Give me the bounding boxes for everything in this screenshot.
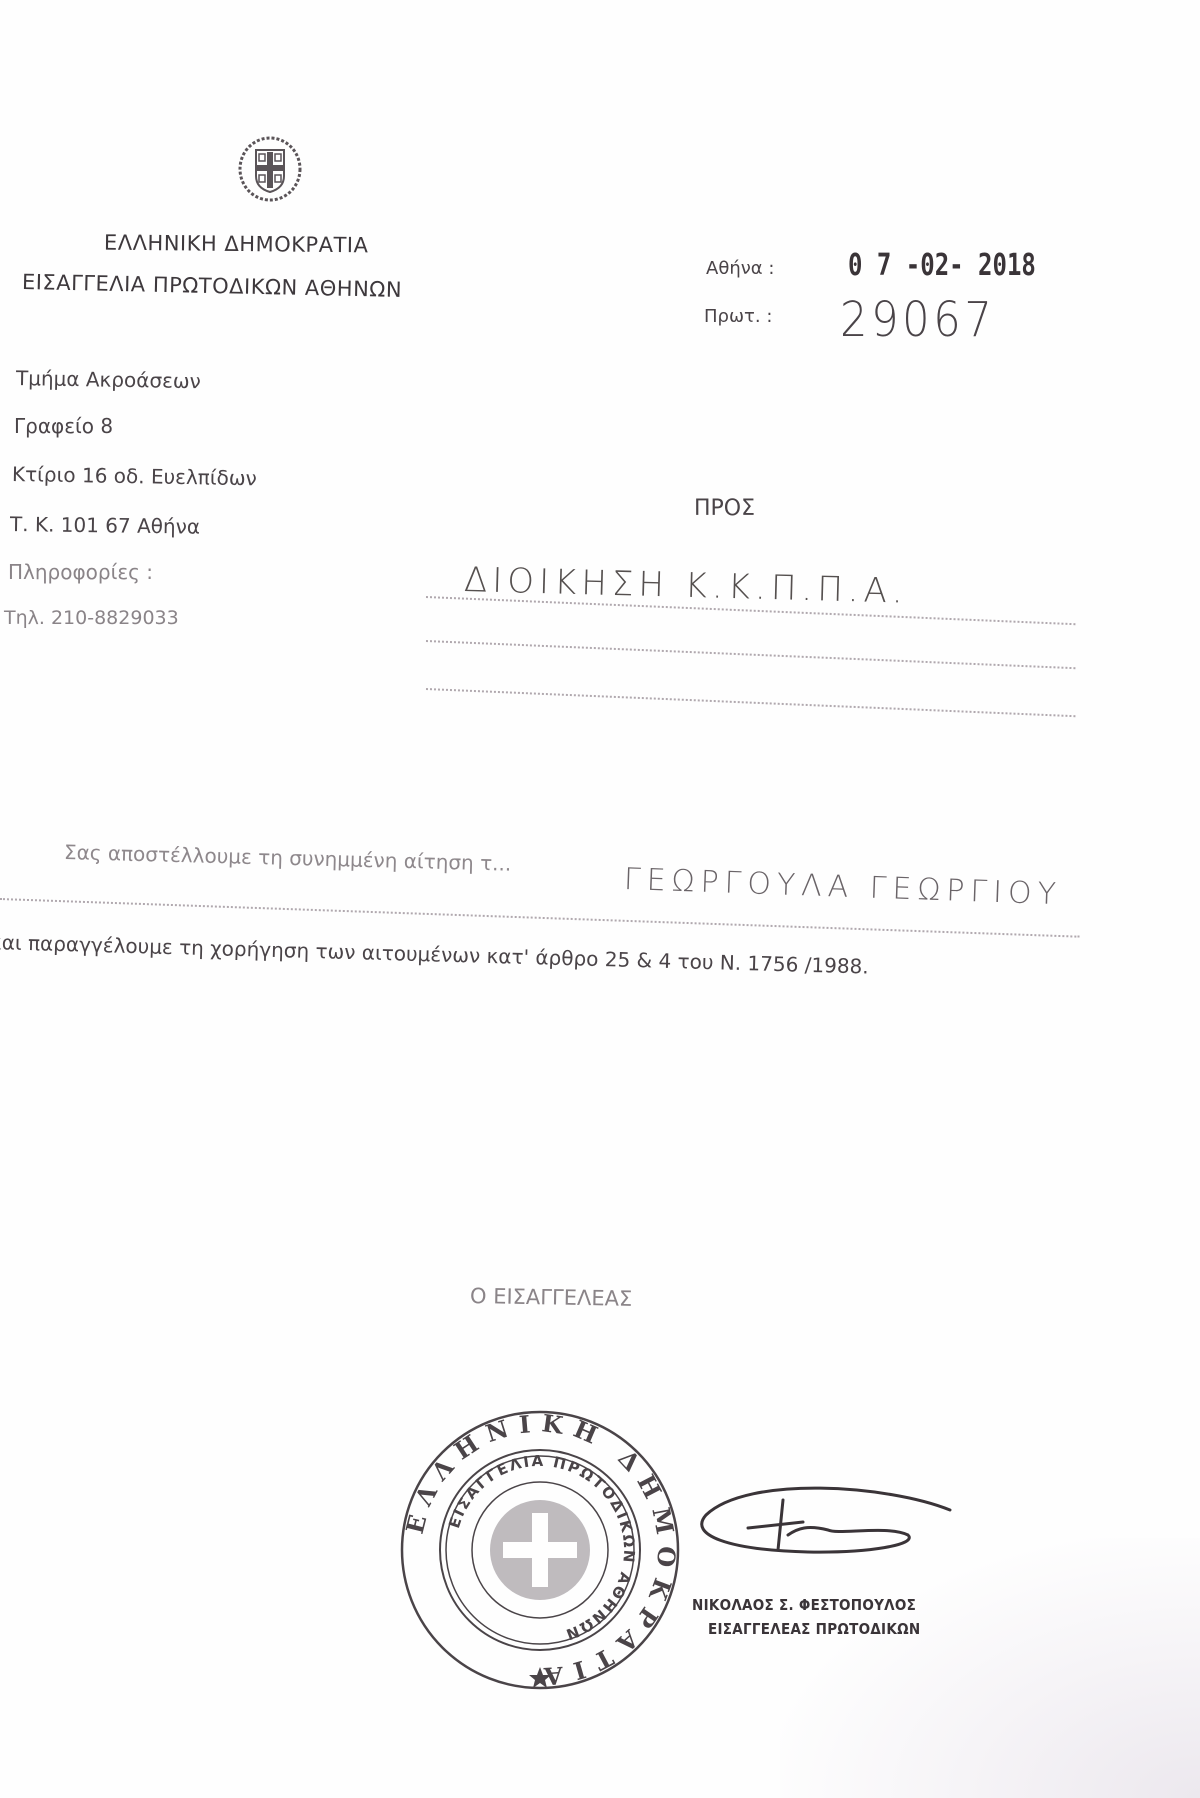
place-label: Αθήνα : xyxy=(706,258,774,279)
room: Γραφείο 8 xyxy=(14,414,113,438)
phone: Τηλ. 210-8829033 xyxy=(4,607,179,629)
signature-icon xyxy=(688,1480,968,1570)
recipient-line-2 xyxy=(426,640,1076,669)
body-line-2: και παραγγέλουμε τη χορήγηση των αιτουμέ… xyxy=(0,930,869,979)
paper-shadow xyxy=(780,1538,1200,1798)
postal-address: Τ. Κ. 101 67 Αθήνα xyxy=(10,512,200,539)
signer-role: ΕΙΣΑΓΓΕΛΕΑΣ ΠΡΩΤΟΔΙΚΩΝ xyxy=(708,1620,920,1638)
applicant-handwritten: ΓΕΩΡΓΟΥΛΑ ΓΕΩΡΓΙΟΥ xyxy=(623,862,1062,912)
recipient-handwritten: ΔΙΟΙΚΗΣΗ Κ.Κ.Π.Π.Α. xyxy=(463,560,908,612)
to-label: ΠΡΟΣ xyxy=(694,496,755,521)
protocol-label: Πρωτ. : xyxy=(704,306,772,327)
country-heading: ΕΛΛΗΝΙΚΗ ΔΗΜΟΚΡΑΤΙΑ xyxy=(104,231,369,258)
recipient-line-3 xyxy=(426,688,1076,717)
info-label: Πληροφορίες : xyxy=(8,560,153,584)
prosecutor-title: Ο ΕΙΣΑΓΓΕΛΕΑΣ xyxy=(470,1284,633,1311)
department: Τμήμα Ακροάσεων xyxy=(16,366,201,393)
signer-name: ΝΙΚΟΛΑΟΣ Σ. ΦΕΣΤΟΠΟΥΛΟΣ xyxy=(692,1596,916,1614)
body-line-1: Σας αποστέλλουμε τη συνημμένη αίτηση τ..… xyxy=(64,840,512,876)
protocol-number: 29067 xyxy=(840,292,995,348)
office-heading: ΕΙΣΑΓΓΕΛΙΑ ΠΡΩΤΟΔΙΚΩΝ ΑΘΗΝΩΝ xyxy=(22,270,403,302)
date-stamp: 0 7 -02- 2018 xyxy=(848,248,1036,283)
official-seal-icon: ΕΛΛΗΝΙΚΗ ΔΗΜΟΚΡΑΤΙΑ ΕΙΣΑΓΓΕΛΙΑ ΠΡΩΤΟΔΙΚΩ… xyxy=(395,1405,685,1695)
greek-coat-of-arms-icon xyxy=(236,134,304,204)
building-address: Κτίριο 16 οδ. Ευελπίδων xyxy=(12,462,257,490)
